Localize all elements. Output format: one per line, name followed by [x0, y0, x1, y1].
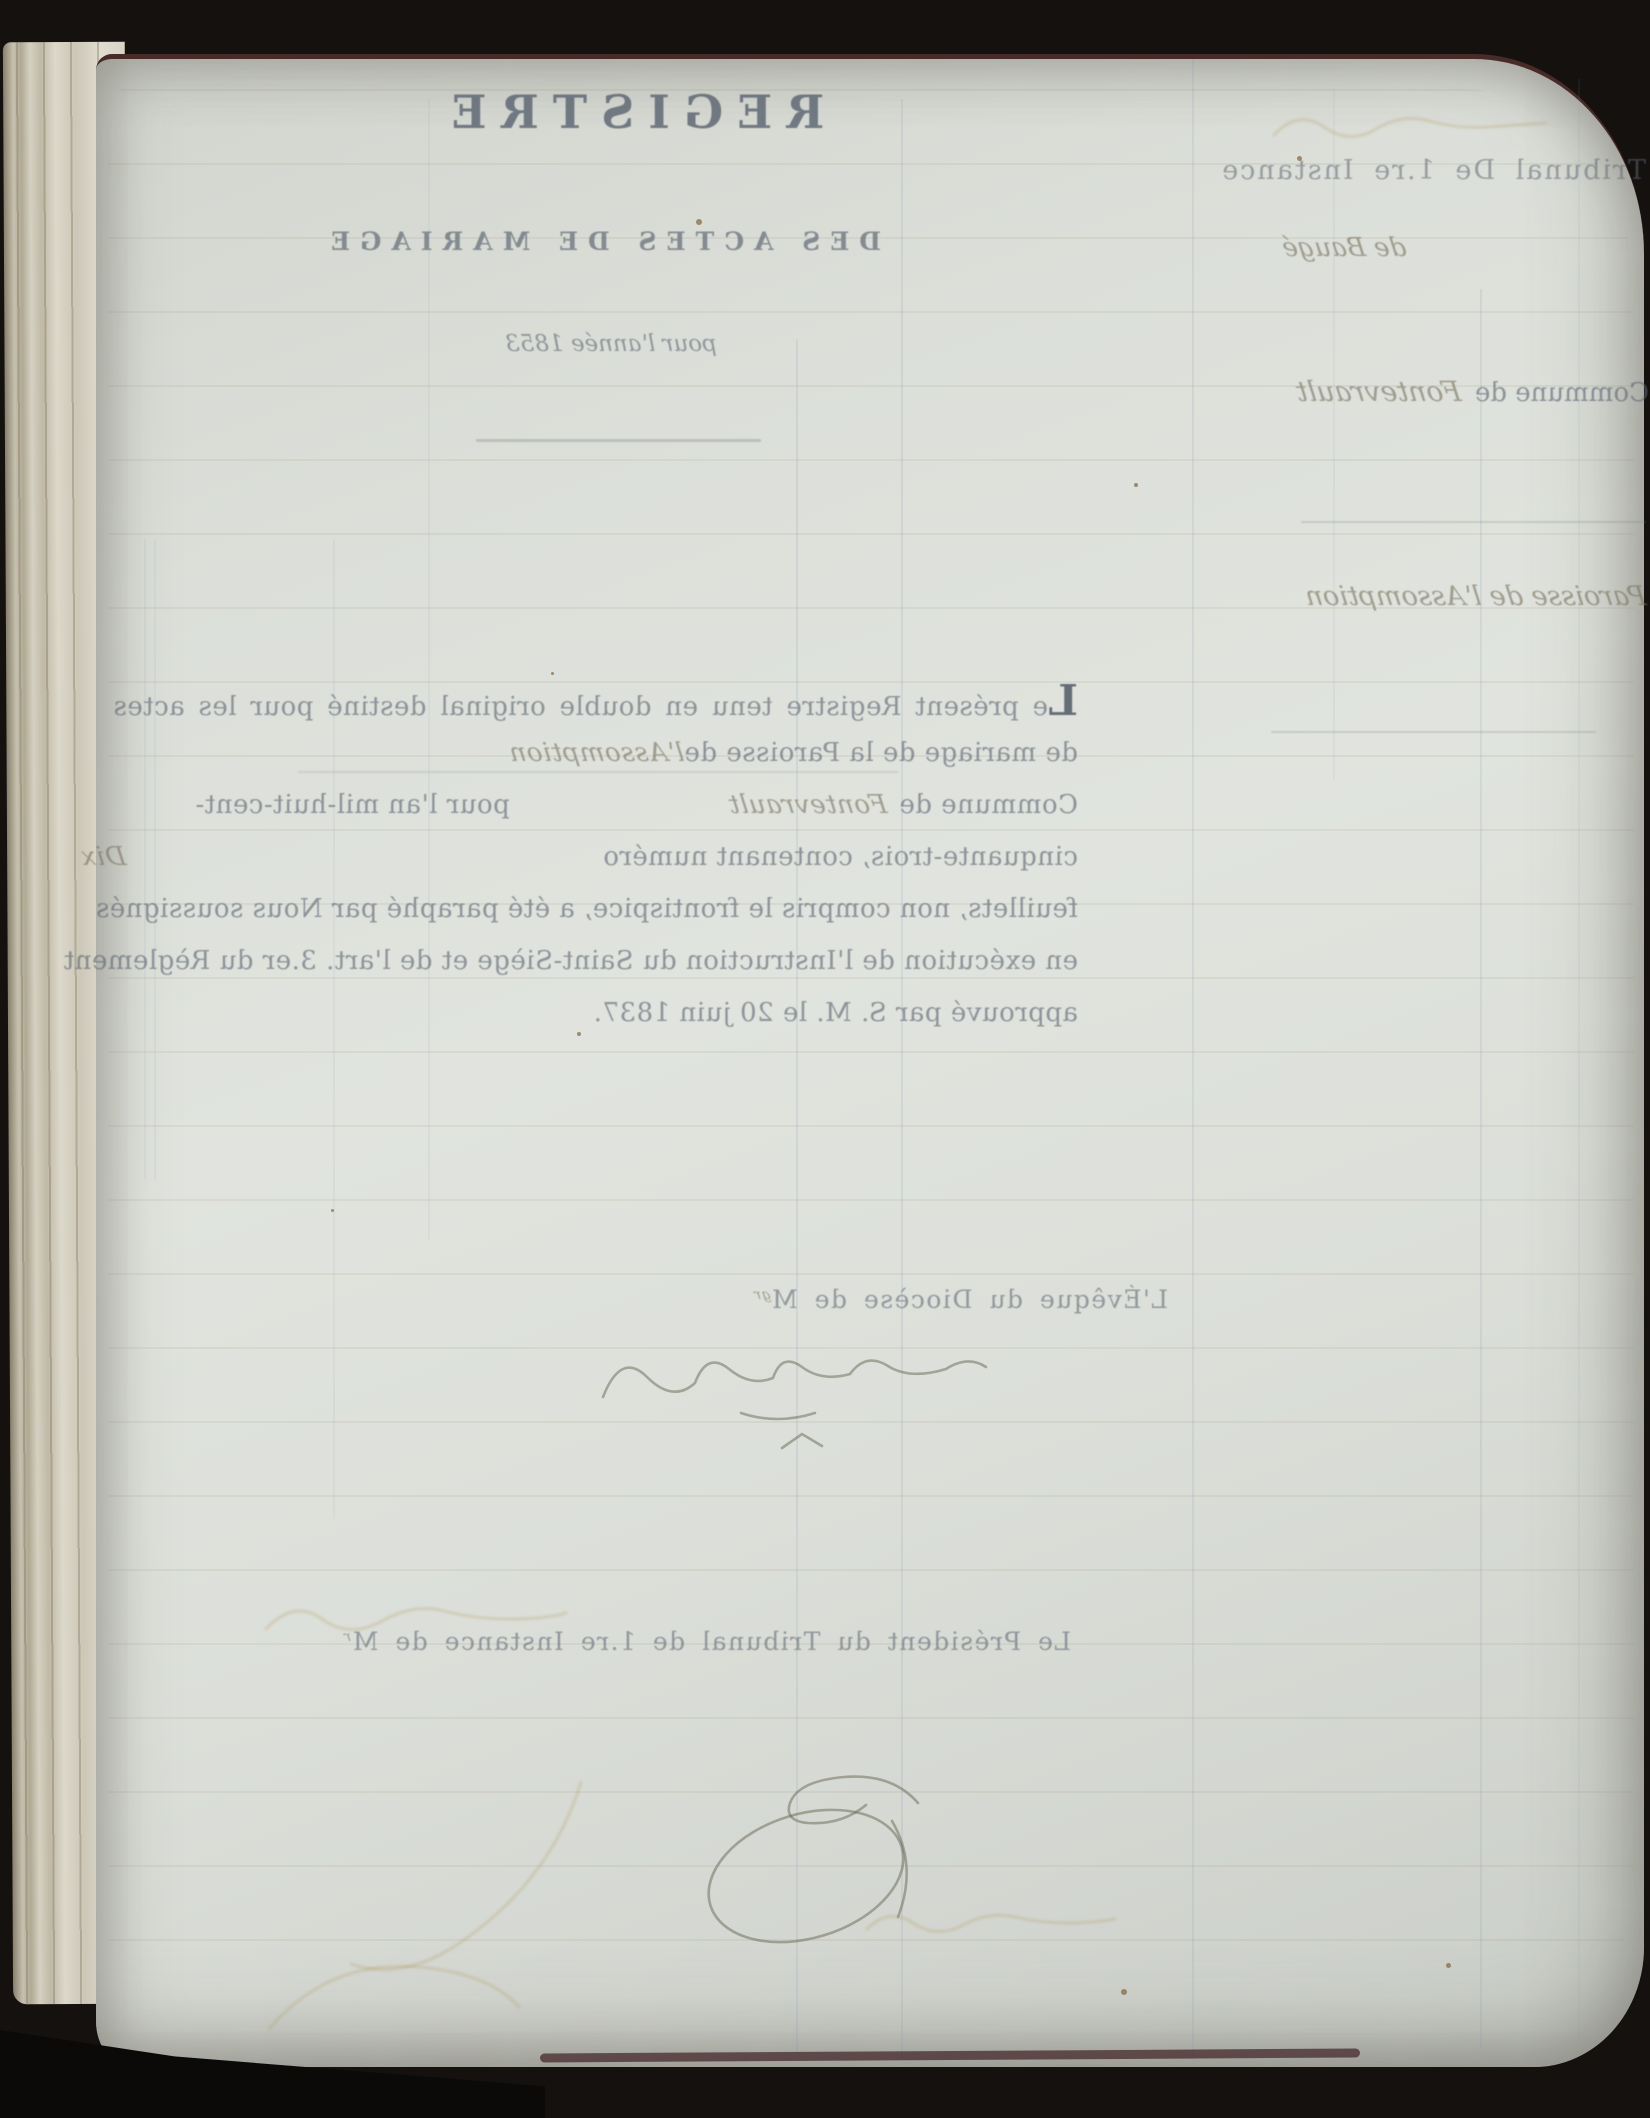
paragraph-line-3: Commune de Fontevrault pour l'an mil-hui… [195, 779, 1078, 831]
ghost-arc-bottom-left [251, 1949, 531, 2049]
commune-label: Commune de [1475, 378, 1649, 408]
bleed-tribunal-fill-handwriting: de Baugé [1206, 233, 1406, 263]
ghost-script-left [256, 1571, 576, 1663]
bleed-paragraph: Le présent Registre tenu en double origi… [113, 675, 1078, 1039]
line4-handwriting: Dix [78, 831, 130, 883]
bishop-line-text: L'Évêque du Diocèse de M [771, 1285, 1168, 1314]
vertical-rule [428, 99, 430, 1239]
bishop-signature [591, 1325, 1011, 1425]
ghost-script-top-right [1266, 95, 1556, 159]
tribunal-fill-text: de Baugé [1280, 233, 1407, 263]
ghost-script-bottom-center [861, 1897, 1121, 1949]
foxing-speck [1297, 156, 1302, 161]
paragraph-line-5: feuillets, non compris le frontispice, a… [113, 883, 1078, 935]
vertical-rule [1333, 89, 1335, 779]
paroisse-fill-text: Paroisse de l'Assomption [1304, 581, 1648, 612]
vertical-rule [1192, 59, 1194, 2059]
foxing-speck [1121, 1989, 1127, 1995]
foxing-speck [551, 672, 554, 675]
paraph-caret [776, 1429, 828, 1453]
title-divider-rule [476, 439, 761, 442]
foxing-speck [1446, 1963, 1451, 1968]
foxing-speck [331, 1209, 334, 1212]
line3-printed: pour l'an mil-huit-cent- [195, 779, 510, 831]
bleed-title: REGISTRE [391, 85, 871, 139]
bishop-line-superscript: gr [752, 1287, 772, 1303]
line3-handwriting: Fontevrault [725, 779, 890, 831]
line4-printed: cinquante-trois, contenant numéro [603, 831, 1078, 883]
foxing-speck [696, 219, 702, 225]
paragraph-line-6: en exécution de l'Instruction du Saint-S… [113, 935, 1078, 987]
header-rule-1 [1301, 521, 1646, 523]
blank-rule-line [298, 771, 898, 773]
paragraph-line-1: Le présent Registre tenu en double origi… [113, 675, 1078, 727]
paragraph-line-4: cinquante-trois, contenant numéro Dix [81, 831, 1078, 883]
foxing-speck [577, 1032, 581, 1036]
bleed-bishop-line: L'Évêque du Diocèse de Mgr [728, 1285, 1168, 1314]
foxing-speck [1134, 483, 1138, 487]
book-scan: { "document_type": "registre-mariage-ver… [0, 0, 1650, 2118]
vertical-rule [1480, 289, 1482, 2049]
register-verso-page: REGISTRE DES ACTES DE MARIAGE pour l'ann… [96, 54, 1644, 2067]
commune-fill-text: Fontevrault [1294, 375, 1463, 408]
line3-label: Commune de [899, 779, 1078, 831]
vertical-rule [1578, 79, 1580, 2044]
header-rule-2 [1271, 731, 1596, 733]
bleed-subtitle: DES ACTES DE MARIAGE [351, 227, 881, 256]
bleed-year-line: pour l'année 1853 [481, 331, 741, 357]
bleed-paroisse-line: Paroisse de l'Assomption [1246, 581, 1646, 612]
bleed-commune-line: Commune de Fontevrault [1153, 375, 1649, 408]
paragraph-line-7: approuvé par S. M. le 20 juin 1837. [641, 987, 1078, 1039]
bleed-tribunal-line: Tribunal De 1.re Instance [1186, 155, 1646, 186]
